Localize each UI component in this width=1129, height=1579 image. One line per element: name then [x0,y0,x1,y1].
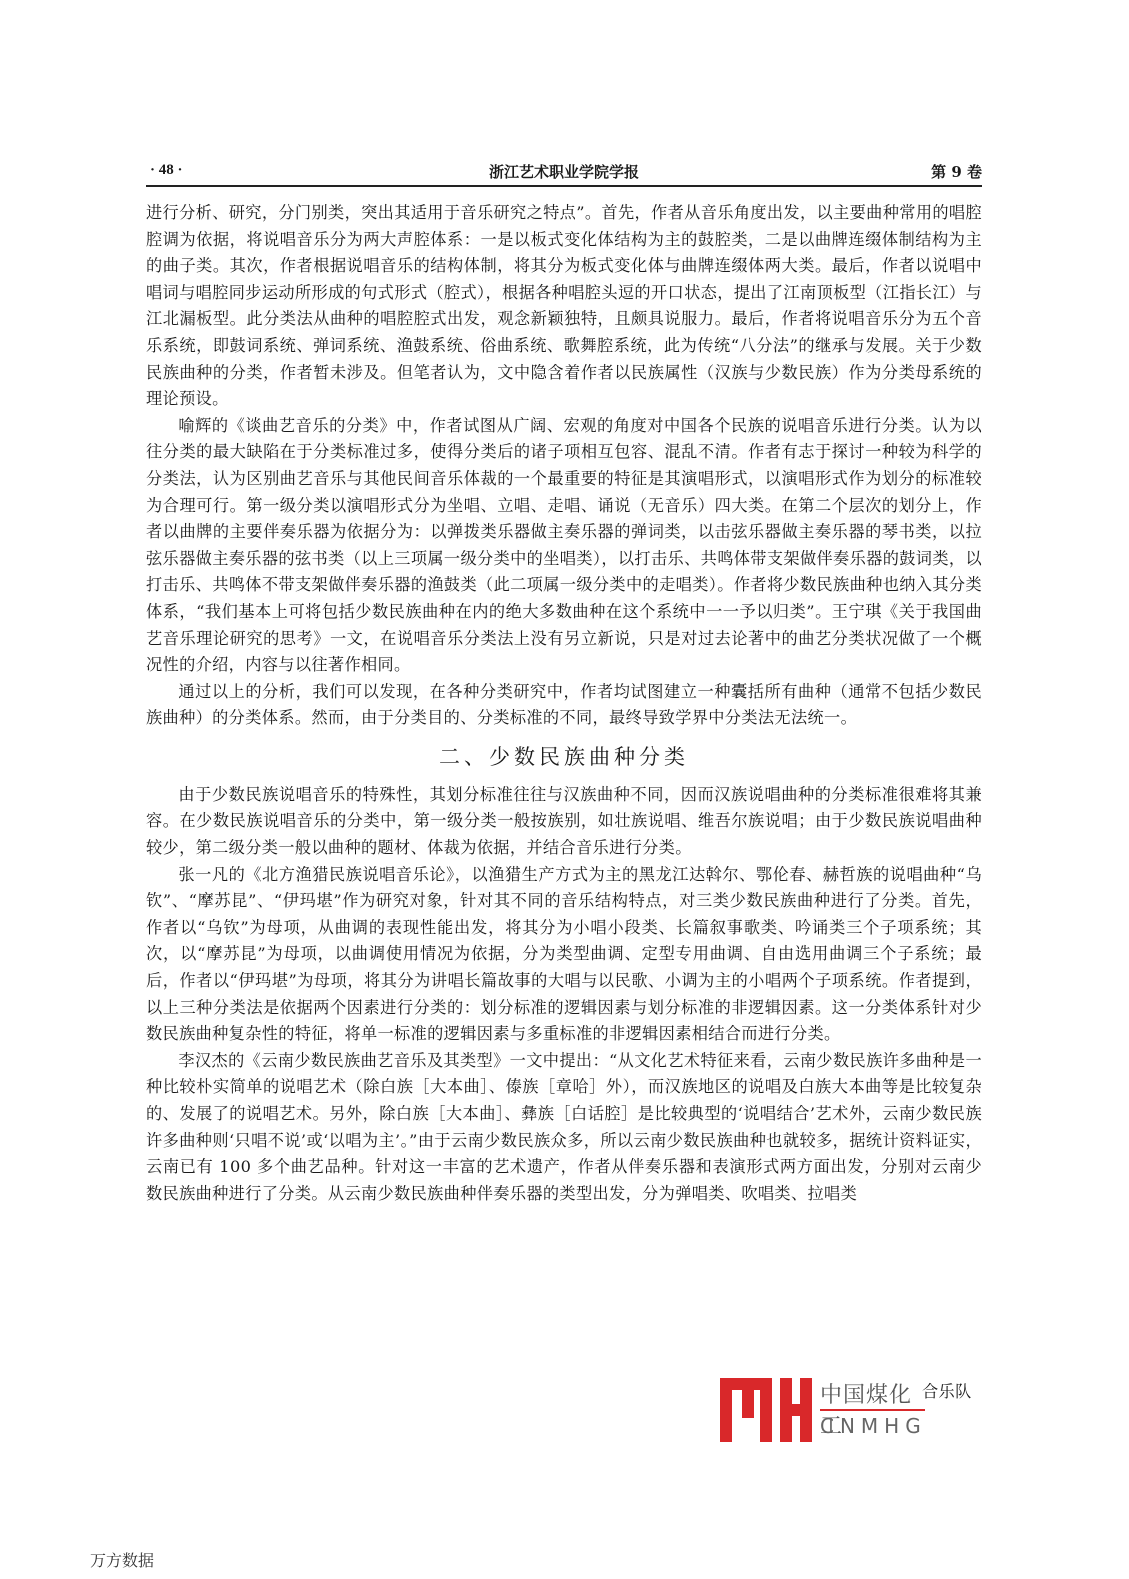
logo-underline [820,1409,925,1411]
volume-label: 第 9 卷 [931,161,982,182]
paragraph: 李汉杰的《云南少数民族曲艺音乐及其类型》一文中提出：“从文化艺术特征来看，云南少… [146,1048,982,1208]
watermark-logo: 中国煤化工 CNMHG [720,1378,930,1442]
header-rule [146,185,982,187]
running-header: · 48 · 浙江艺术职业学院学报 第 9 卷 [146,158,982,186]
cnmhg-logo-icon [720,1378,812,1442]
paragraph: 张一凡的《北方渔猎民族说唱音乐论》，以渔猎生产方式为主的黑龙江达斡尔、鄂伦春、赫… [146,862,982,1048]
journal-title: 浙江艺术职业学院学报 [146,161,982,182]
paragraph: 进行分析、研究，分门别类，突出其适用于音乐研究之特点”。首先，作者从音乐角度出发… [146,200,982,413]
logo-english-text: CNMHG [820,1414,927,1438]
paragraph: 通过以上的分析，我们可以发现，在各种分类研究中，作者均试图建立一种囊括所有曲种（… [146,679,982,732]
article-body: 进行分析、研究，分门别类，突出其适用于音乐研究之特点”。首先，作者从音乐角度出发… [146,200,982,1207]
paragraph: 喻辉的《谈曲艺音乐的分类》中，作者试图从广阔、宏观的角度对中国各个民族的说唱音乐… [146,413,982,679]
last-line-tail: 合乐队 [922,1378,972,1402]
paragraph: 由于少数民族说唱音乐的特殊性，其划分标准往往与汉族曲种不同，因而汉族说唱曲种的分… [146,782,982,862]
section-heading: 二、少数民族曲种分类 [146,740,982,774]
source-footer: 万方数据 [90,1548,154,1571]
